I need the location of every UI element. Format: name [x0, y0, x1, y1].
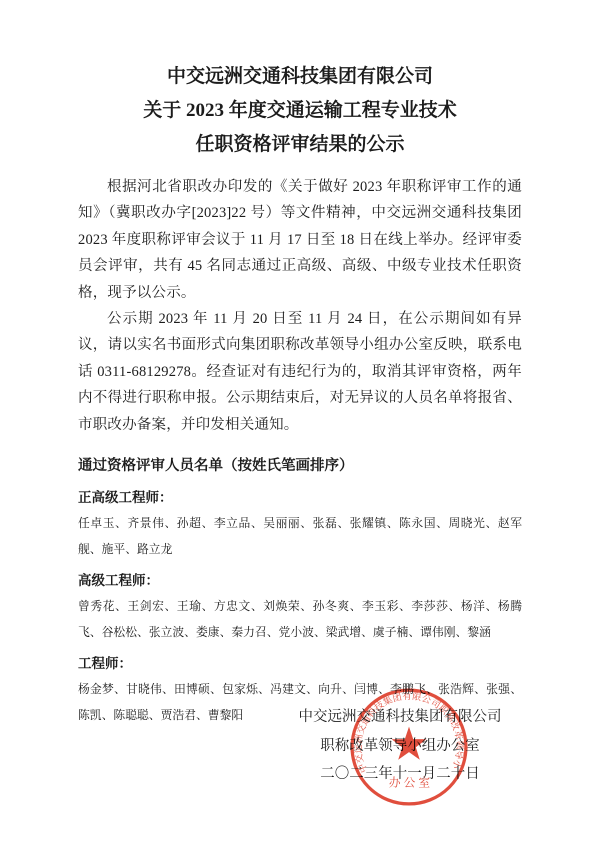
- paragraph-review-basis: 根据河北省职改办印发的《关于做好 2023 年职称评审工作的通知》（冀职改办字[…: [78, 174, 522, 306]
- approved-list-heading: 通过资格评审人员名单（按姓氏笔画排序）: [78, 453, 522, 479]
- section-names-chief-senior: 任卓玉、齐景伟、孙超、李立品、吴丽丽、张磊、张耀镇、陈永国、周晓光、赵军舰、施平…: [78, 510, 522, 562]
- title-line-1: 中交远洲交通科技集团有限公司: [78, 60, 522, 94]
- document-page: 中交远洲交通科技集团有限公司 关于 2023 年度交通运输工程专业技术 任职资格…: [0, 0, 600, 849]
- svg-text:中交远洲交通科技集团有限公司职称改革领导小组: 中交远洲交通科技集团有限公司职称改革领导小组: [348, 686, 466, 775]
- title-line-3: 任职资格评审结果的公示: [78, 128, 522, 162]
- section-senior-engineer: 高级工程师： 曾秀花、王剑宏、王瑜、方忠文、刘焕荣、孙冬爽、李玉彩、李莎莎、杨洋…: [78, 568, 522, 645]
- document-title: 中交远洲交通科技集团有限公司 关于 2023 年度交通运输工程专业技术 任职资格…: [78, 60, 522, 162]
- seal-star-icon: [392, 727, 427, 760]
- title-line-2: 关于 2023 年度交通运输工程专业技术: [78, 94, 522, 128]
- section-label-senior: 高级工程师：: [78, 568, 522, 593]
- section-label-chief-senior: 正高级工程师：: [78, 485, 522, 510]
- seal-office-text: 办公室: [389, 776, 433, 790]
- paragraph-publicity-period: 公示期 2023 年 11 月 20 日至 11 月 24 日，在公示期间如有异…: [78, 306, 522, 438]
- seal-rim-text: 中交远洲交通科技集团有限公司职称改革领导小组: [348, 686, 466, 775]
- official-seal: 中交远洲交通科技集团有限公司职称改革领导小组 办公室: [348, 686, 470, 808]
- section-label-engineer: 工程师：: [78, 651, 522, 676]
- section-chief-senior-engineer: 正高级工程师： 任卓玉、齐景伟、孙超、李立品、吴丽丽、张磊、张耀镇、陈永国、周晓…: [78, 485, 522, 562]
- section-names-senior: 曾秀花、王剑宏、王瑜、方忠文、刘焕荣、孙冬爽、李玉彩、李莎莎、杨洋、杨腾飞、谷松…: [78, 593, 522, 645]
